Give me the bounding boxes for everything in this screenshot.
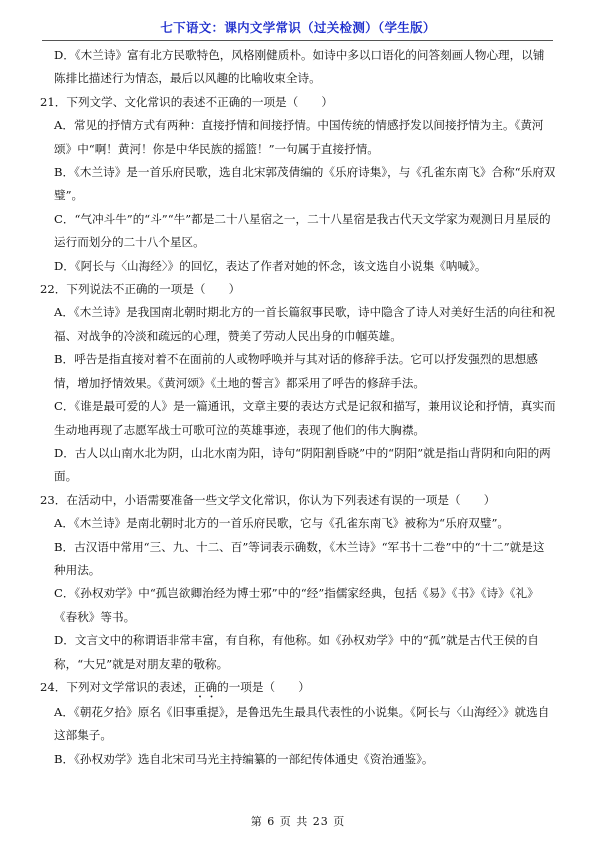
option-c: C．“气冲斗牛”的“斗”“牛”都是二十八星宿之一，二十八星宿是我古代天文学家为观…	[40, 208, 556, 255]
option-c: C．《谁是最可爱的人》是一篇通讯，文章主要的表达方式是记叙和描写，兼用议论和抒情…	[40, 395, 556, 442]
option-d: D．古人以山南水北为阴，山北水南为阳，诗句“阴阳割昏晓”中的“阴阳”就是指山背阴…	[40, 442, 556, 489]
question-21: 21．下列文学、文化常识的表述不正确的一项是（ ） A．常见的抒情方式有两种：直…	[40, 91, 556, 278]
option-a: A．《朝花夕拾》原名《旧事重提》，是鲁迅先生最具代表性的小说集。《阿长与〈山海经…	[40, 701, 556, 748]
option-b: B．《木兰诗》是一首乐府民歌，选自北宋郭茂倩编的《乐府诗集》，与《孔雀东南飞》合…	[40, 161, 556, 208]
option-d: D．文言文中的称谓语非常丰富，有自称，有他称。如《孙权劝学》中的“孤”就是古代王…	[40, 629, 556, 676]
emphasis-dotted-text: 正确	[194, 680, 217, 694]
question-stem: 23．在活动中，小语需要准备一些文学文化常识，你认为下列表述有误的一项是（ ）	[40, 489, 556, 512]
option-a: A．《木兰诗》是我国南北朝时期北方的一首长篇叙事民歌，诗中隐含了诗人对美好生活的…	[40, 301, 556, 348]
question-stem: 24．下列对文学常识的表述，正确的一项是（ ）	[40, 676, 556, 701]
option-a: A．《木兰诗》是南北朝时北方的一首乐府民歌，它与《孔雀东南飞》被称为“乐府双璧”…	[40, 512, 556, 535]
page-number-footer: 第 6 页 共 23 页	[0, 813, 596, 829]
option-b: B．呼告是指直接对着不在面前的人或物呼唤并与其对话的修辞手法。它可以抒发强烈的思…	[40, 348, 556, 395]
question-22: 22．下列说法不正确的一项是（ ） A．《木兰诗》是我国南北朝时期北方的一首长篇…	[40, 278, 556, 489]
document-header-title: 七下语文：课内文学常识（过关检测）（学生版）	[0, 18, 596, 36]
stem-text: 24．下列对文学常识的表述，	[40, 680, 194, 694]
option-b: B．《孙权劝学》选自北宋司马光主持编纂的一部纪传体通史《资治通鉴》。	[40, 748, 556, 771]
question-23: 23．在活动中，小语需要准备一些文学文化常识，你认为下列表述有误的一项是（ ） …	[40, 489, 556, 676]
option-c: C．《孙权劝学》中“孤岂欲卿治经为博士邪”中的“经”指儒家经典，包括《易》《书》…	[40, 582, 556, 629]
question-stem: 22．下列说法不正确的一项是（ ）	[40, 278, 556, 301]
header-divider	[42, 40, 553, 41]
option-d: D．《阿长与〈山海经〉》的回忆，表达了作者对她的怀念，该文选自小说集《呐喊》。	[40, 255, 556, 278]
continued-option-d: D．《木兰诗》富有北方民歌特色，风格刚健质朴。如诗中多以口语化的问答刻画人物心理…	[40, 44, 556, 91]
option-a: A．常见的抒情方式有两种：直接抒情和间接抒情。中国传统的情感抒发以间接抒情为主。…	[40, 114, 556, 161]
question-24: 24．下列对文学常识的表述，正确的一项是（ ） A．《朝花夕拾》原名《旧事重提》…	[40, 676, 556, 771]
document-body: D．《木兰诗》富有北方民歌特色，风格刚健质朴。如诗中多以口语化的问答刻画人物心理…	[40, 44, 556, 771]
question-stem: 21．下列文学、文化常识的表述不正确的一项是（ ）	[40, 91, 556, 114]
stem-text: 的一项是（ ）	[217, 680, 310, 694]
option-b: B．古汉语中常用“三、九、十二、百”等词表示确数，《木兰诗》“军书十二卷”中的“…	[40, 536, 556, 583]
